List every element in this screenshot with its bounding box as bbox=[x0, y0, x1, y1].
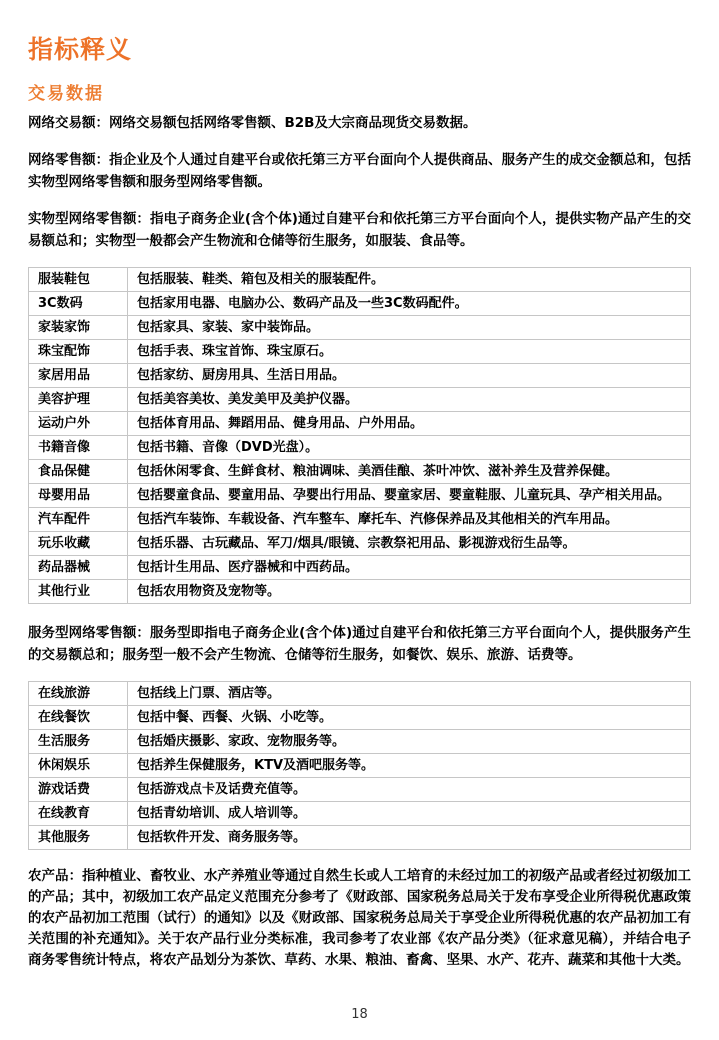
definition-network-transaction: 网络交易额：网络交易额包括网络零售额、B2B及大宗商品现货交易数据。 bbox=[28, 112, 691, 134]
table-row: 珠宝配饰包括手表、珠宝首饰、珠宝原石。 bbox=[29, 340, 691, 364]
definition-network-retail: 网络零售额：指企业及个人通过自建平台或依托第三方平台面向个人提供商品、服务产生的… bbox=[28, 149, 691, 193]
table-row: 汽车配件包括汽车装饰、车载设备、汽车整车、摩托车、汽修保养品及其他相关的汽车用品… bbox=[29, 508, 691, 532]
table-row: 服装鞋包包括服装、鞋类、箱包及相关的服装配件。 bbox=[29, 268, 691, 292]
category-cell: 食品保健 bbox=[29, 460, 128, 484]
description-cell: 包括家用电器、电脑办公、数码产品及一些3C数码配件。 bbox=[128, 292, 691, 316]
definition-agricultural-products: 农产品：指种植业、畜牧业、水产养殖业等通过自然生长或人工培育的未经过加工的初级产… bbox=[28, 866, 691, 971]
physical-categories-table: 服装鞋包包括服装、鞋类、箱包及相关的服装配件。3C数码包括家用电器、电脑办公、数… bbox=[28, 267, 691, 604]
description-cell: 包括美容美妆、美发美甲及美护仪器。 bbox=[128, 388, 691, 412]
description-cell: 包括家纺、厨房用具、生活日用品。 bbox=[128, 364, 691, 388]
table-row: 食品保健包括休闲零食、生鲜食材、粮油调味、美酒佳酿、茶叶冲饮、滋补养生及营养保健… bbox=[29, 460, 691, 484]
category-cell: 其他服务 bbox=[29, 826, 128, 850]
table-row: 在线餐饮包括中餐、西餐、火锅、小吃等。 bbox=[29, 706, 691, 730]
description-cell: 包括汽车装饰、车载设备、汽车整车、摩托车、汽修保养品及其他相关的汽车用品。 bbox=[128, 508, 691, 532]
table-row: 家居用品包括家纺、厨房用具、生活日用品。 bbox=[29, 364, 691, 388]
category-cell: 家居用品 bbox=[29, 364, 128, 388]
definition-service-retail: 服务型网络零售额：服务型即指电子商务企业(含个体)通过自建平台和依托第三方平台面… bbox=[28, 622, 691, 666]
description-cell: 包括农用物资及宠物等。 bbox=[128, 580, 691, 604]
table-row: 运动户外包括体育用品、舞蹈用品、健身用品、户外用品。 bbox=[29, 412, 691, 436]
service-categories-table: 在线旅游包括线上门票、酒店等。在线餐饮包括中餐、西餐、火锅、小吃等。生活服务包括… bbox=[28, 681, 691, 850]
table-row: 家装家饰包括家具、家装、家中装饰品。 bbox=[29, 316, 691, 340]
description-cell: 包括青幼培训、成人培训等。 bbox=[128, 802, 691, 826]
table-row: 其他行业包括农用物资及宠物等。 bbox=[29, 580, 691, 604]
category-cell: 游戏话费 bbox=[29, 778, 128, 802]
category-cell: 美容护理 bbox=[29, 388, 128, 412]
table-row: 在线旅游包括线上门票、酒店等。 bbox=[29, 682, 691, 706]
category-cell: 玩乐收藏 bbox=[29, 532, 128, 556]
table-row: 生活服务包括婚庆摄影、家政、宠物服务等。 bbox=[29, 730, 691, 754]
table-row: 美容护理包括美容美妆、美发美甲及美护仪器。 bbox=[29, 388, 691, 412]
description-cell: 包括线上门票、酒店等。 bbox=[128, 682, 691, 706]
description-cell: 包括体育用品、舞蹈用品、健身用品、户外用品。 bbox=[128, 412, 691, 436]
section-title: 交易数据 bbox=[28, 84, 691, 104]
table-row: 休闲娱乐包括养生保健服务，KTV及酒吧服务等。 bbox=[29, 754, 691, 778]
description-cell: 包括游戏点卡及话费充值等。 bbox=[128, 778, 691, 802]
category-cell: 其他行业 bbox=[29, 580, 128, 604]
description-cell: 包括服装、鞋类、箱包及相关的服装配件。 bbox=[128, 268, 691, 292]
category-cell: 母婴用品 bbox=[29, 484, 128, 508]
category-cell: 生活服务 bbox=[29, 730, 128, 754]
category-cell: 书籍音像 bbox=[29, 436, 128, 460]
document-page: 指标释义 交易数据 网络交易额：网络交易额包括网络零售额、B2B及大宗商品现货交… bbox=[0, 0, 719, 1040]
category-cell: 休闲娱乐 bbox=[29, 754, 128, 778]
category-cell: 药品器械 bbox=[29, 556, 128, 580]
description-cell: 包括计生用品、医疗器械和中西药品。 bbox=[128, 556, 691, 580]
category-cell: 在线教育 bbox=[29, 802, 128, 826]
description-cell: 包括书籍、音像（DVD光盘）。 bbox=[128, 436, 691, 460]
definition-physical-retail: 实物型网络零售额：指电子商务企业(含个体)通过自建平台和依托第三方平台面向个人，… bbox=[28, 208, 691, 252]
category-cell: 珠宝配饰 bbox=[29, 340, 128, 364]
description-cell: 包括手表、珠宝首饰、珠宝原石。 bbox=[128, 340, 691, 364]
description-cell: 包括家具、家装、家中装饰品。 bbox=[128, 316, 691, 340]
table-row: 游戏话费包括游戏点卡及话费充值等。 bbox=[29, 778, 691, 802]
table-row: 3C数码包括家用电器、电脑办公、数码产品及一些3C数码配件。 bbox=[29, 292, 691, 316]
description-cell: 包括休闲零食、生鲜食材、粮油调味、美酒佳酿、茶叶冲饮、滋补养生及营养保健。 bbox=[128, 460, 691, 484]
table-row: 在线教育包括青幼培训、成人培训等。 bbox=[29, 802, 691, 826]
description-cell: 包括中餐、西餐、火锅、小吃等。 bbox=[128, 706, 691, 730]
category-cell: 服装鞋包 bbox=[29, 268, 128, 292]
table-row: 药品器械包括计生用品、医疗器械和中西药品。 bbox=[29, 556, 691, 580]
table-row: 玩乐收藏包括乐器、古玩藏品、军刀/烟具/眼镜、宗教祭祀用品、影视游戏衍生品等。 bbox=[29, 532, 691, 556]
description-cell: 包括软件开发、商务服务等。 bbox=[128, 826, 691, 850]
page-number: 18 bbox=[0, 1007, 719, 1022]
description-cell: 包括婴童食品、婴童用品、孕婴出行用品、婴童家居、婴童鞋服、儿童玩具、孕产相关用品… bbox=[128, 484, 691, 508]
description-cell: 包括养生保健服务，KTV及酒吧服务等。 bbox=[128, 754, 691, 778]
category-cell: 在线旅游 bbox=[29, 682, 128, 706]
category-cell: 在线餐饮 bbox=[29, 706, 128, 730]
description-cell: 包括婚庆摄影、家政、宠物服务等。 bbox=[128, 730, 691, 754]
page-title: 指标释义 bbox=[28, 36, 691, 64]
table-row: 母婴用品包括婴童食品、婴童用品、孕婴出行用品、婴童家居、婴童鞋服、儿童玩具、孕产… bbox=[29, 484, 691, 508]
category-cell: 家装家饰 bbox=[29, 316, 128, 340]
category-cell: 运动户外 bbox=[29, 412, 128, 436]
description-cell: 包括乐器、古玩藏品、军刀/烟具/眼镜、宗教祭祀用品、影视游戏衍生品等。 bbox=[128, 532, 691, 556]
table-row: 其他服务包括软件开发、商务服务等。 bbox=[29, 826, 691, 850]
category-cell: 汽车配件 bbox=[29, 508, 128, 532]
category-cell: 3C数码 bbox=[29, 292, 128, 316]
table-row: 书籍音像包括书籍、音像（DVD光盘）。 bbox=[29, 436, 691, 460]
